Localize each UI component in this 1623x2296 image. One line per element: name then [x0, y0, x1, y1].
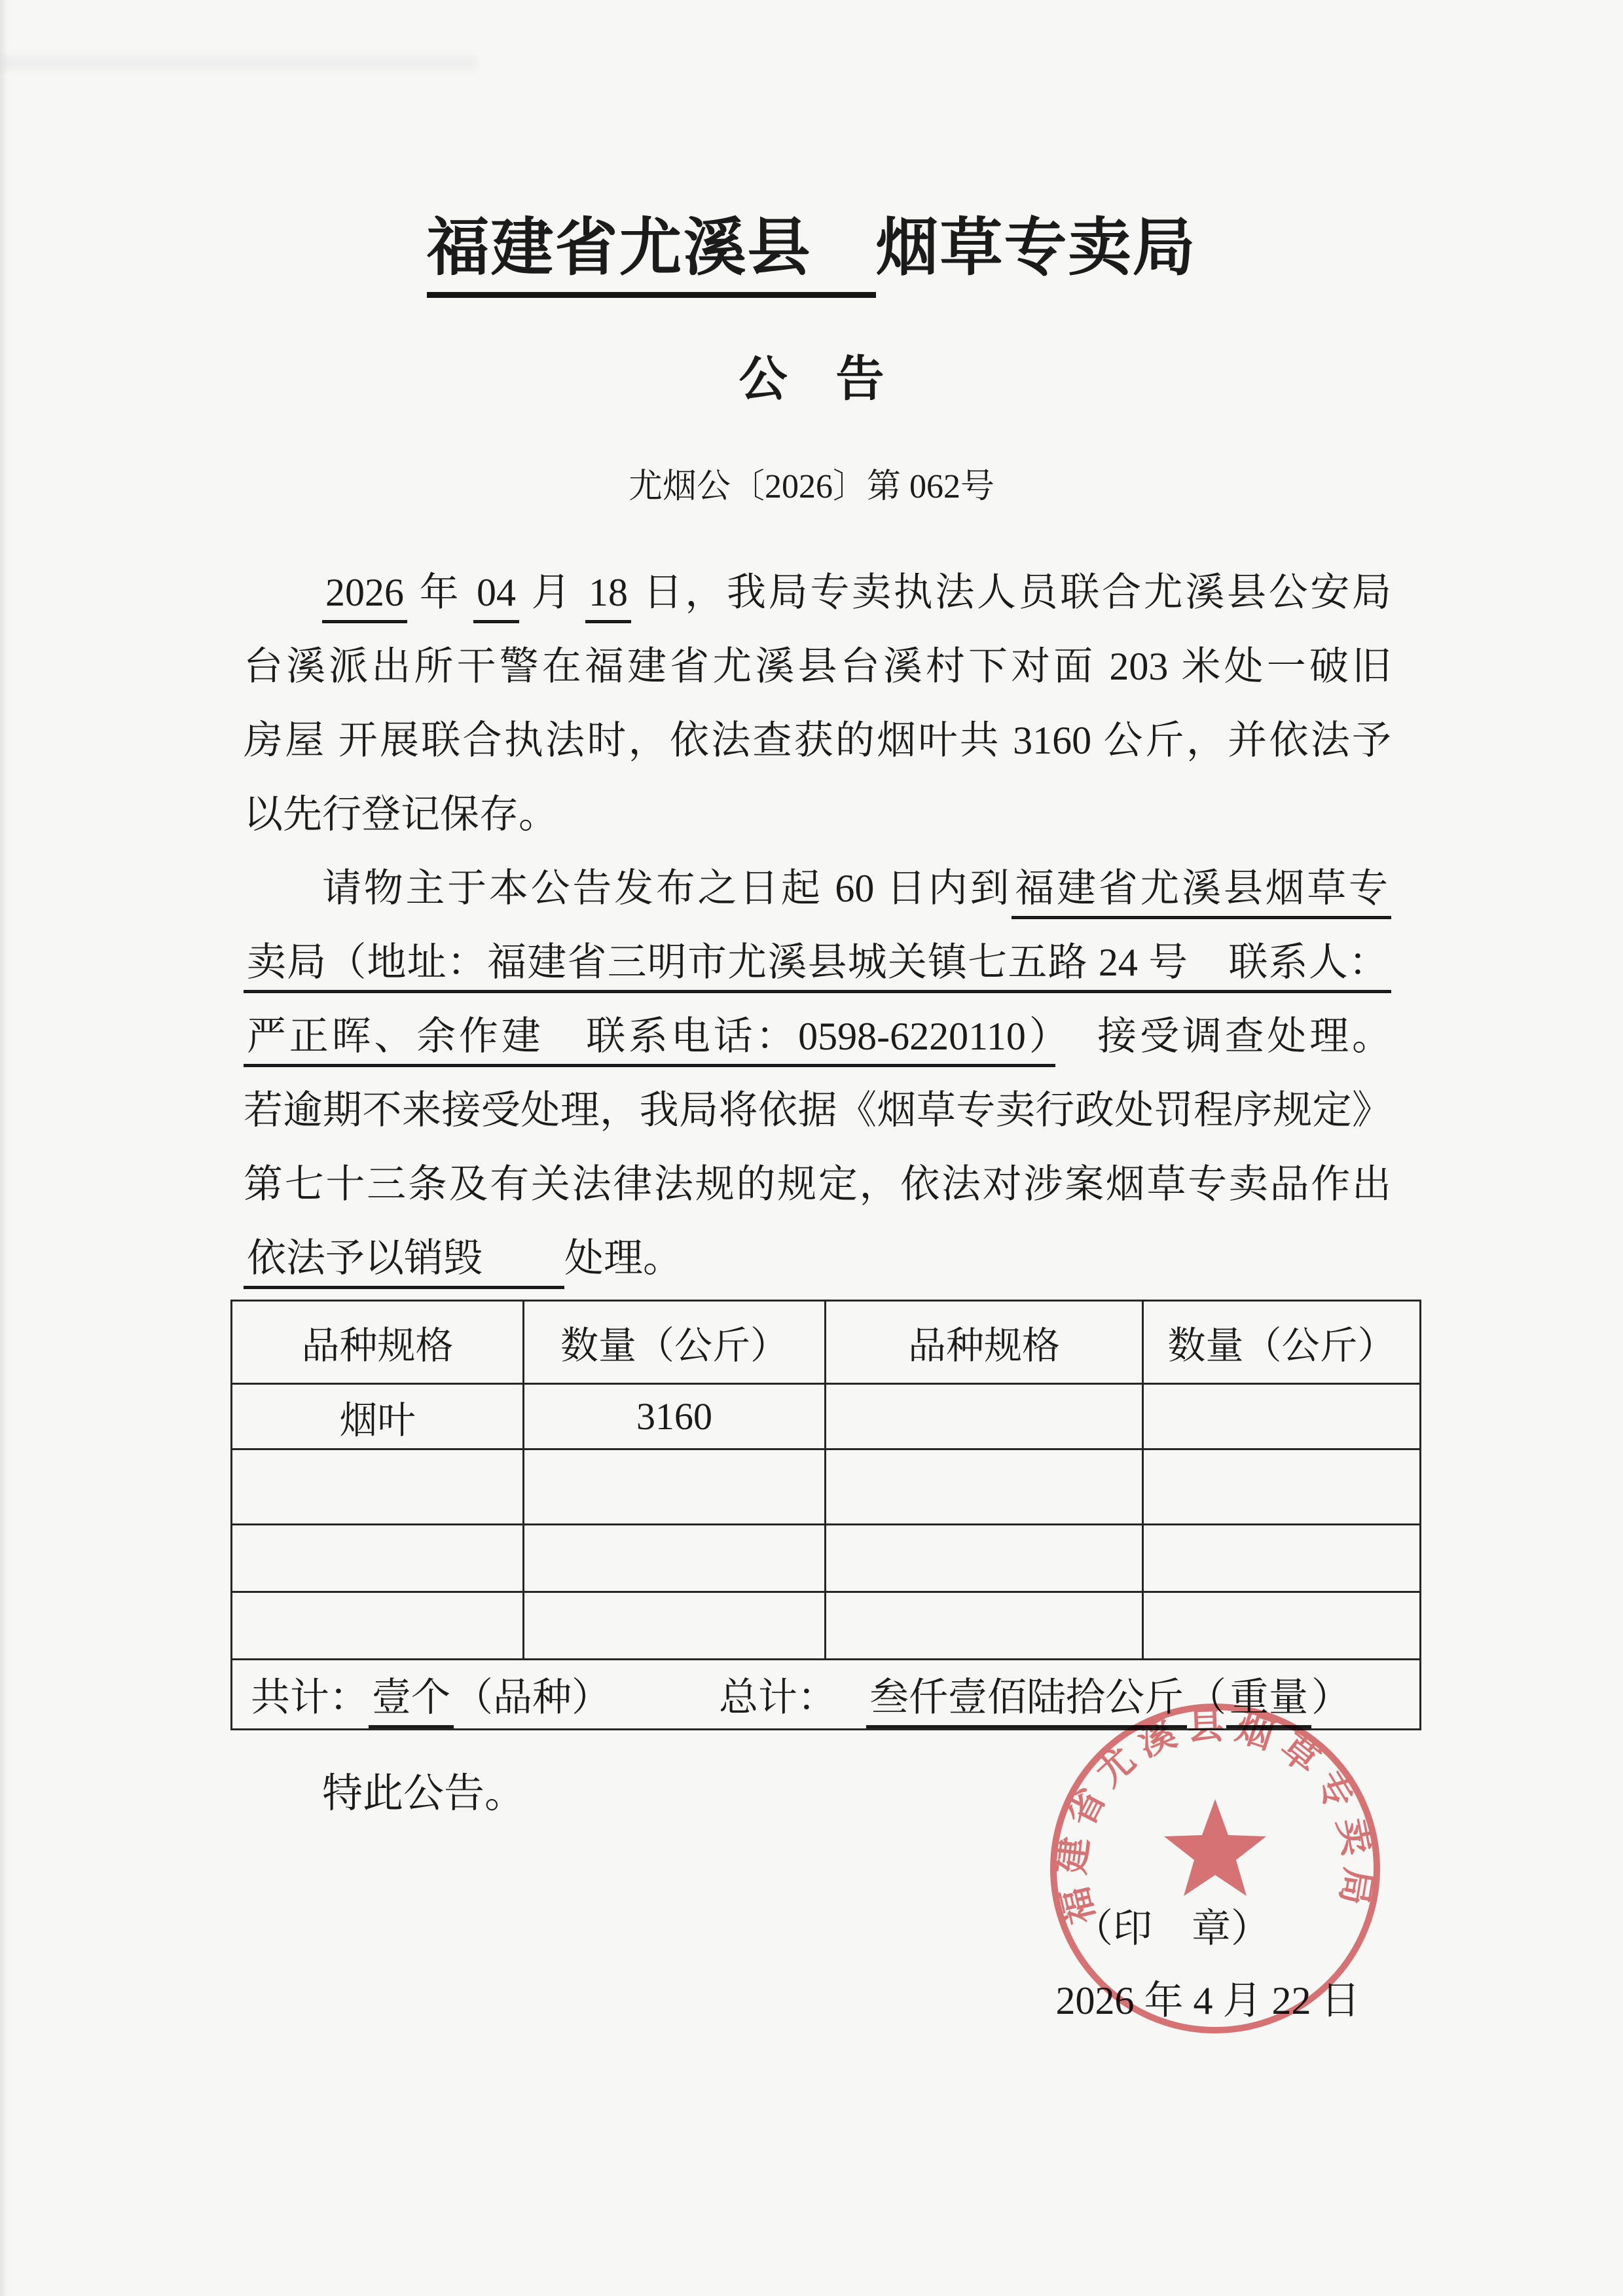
body-line: 若逾期不来接受处理，我局将依据《烟草专卖行政处罚程序规定》 — [244, 1074, 1391, 1148]
table-cell: 3160 — [524, 1384, 826, 1449]
table-cell — [524, 1449, 826, 1525]
official-red-seal: 福建省尤溪县烟草专卖局 — [1046, 1700, 1384, 2037]
table-header-cell: 品种规格 — [826, 1301, 1143, 1384]
seal-star-icon — [1164, 1799, 1266, 1896]
table-cell — [524, 1525, 826, 1592]
table-row — [232, 1449, 1421, 1525]
table-cell — [232, 1525, 524, 1592]
announcement-document: 福建省尤溪县 烟草专卖局 公 告 尤烟公〔2026〕第 062号 2026 年 … — [0, 0, 1623, 2296]
table-header-cell: 品种规格 — [232, 1301, 524, 1384]
table-cell — [826, 1449, 1143, 1525]
table-row — [232, 1525, 1421, 1592]
table-cell — [826, 1592, 1143, 1660]
title-underlined-part: 福建省尤溪县 — [427, 213, 876, 298]
body-line: 以先行登记保存。 — [244, 778, 1391, 852]
body-line: 请物主于本公告发布之日起 60 日内到福建省尤溪县烟草专 — [244, 852, 1391, 926]
body-line: 第七十三条及有关法律法规的规定，依法对涉案烟草专卖品作出 — [244, 1148, 1391, 1222]
table-header-row: 品种规格 数量（公斤） 品种规格 数量（公斤） — [232, 1301, 1421, 1384]
table-cell — [1143, 1592, 1421, 1660]
table-cell — [232, 1592, 524, 1660]
seized-goods-table: 品种规格 数量（公斤） 品种规格 数量（公斤） 烟叶 3160 — [230, 1300, 1421, 1730]
table-cell — [1143, 1525, 1421, 1592]
page-title: 福建省尤溪县 烟草专卖局 — [0, 198, 1623, 287]
table-cell — [1143, 1384, 1421, 1449]
body-line: 房屋 开展联合执法时，依法查获的烟叶共 3160 公斤，并依法予 — [244, 704, 1391, 778]
body-line: 2026 年 04 月 18 日，我局专卖执法人员联合尤溪县公安局 — [244, 556, 1391, 630]
body-line: 严正晖、余作建 联系电话：0598-6220110） 接受调查处理。 — [244, 1000, 1391, 1074]
title-rest-part: 烟草专卖局 — [876, 213, 1197, 283]
document-number: 尤烟公〔2026〕第 062号 — [0, 458, 1623, 507]
body-line: 依法予以销毁 处理。 — [244, 1222, 1391, 1296]
body-line: 卖局（地址：福建省三明市尤溪县城关镇七五路 24 号 联系人： — [244, 926, 1391, 1000]
table-cell: 烟叶 — [232, 1384, 524, 1449]
table-header-cell: 数量（公斤） — [1143, 1301, 1421, 1384]
table-cell — [1143, 1449, 1421, 1525]
notice-type-heading: 公 告 — [0, 340, 1623, 410]
table-header-cell: 数量（公斤） — [524, 1301, 826, 1384]
table-cell — [232, 1449, 524, 1525]
table-row — [232, 1592, 1421, 1660]
table-cell — [826, 1384, 1143, 1449]
table-cell — [826, 1525, 1143, 1592]
table-row: 烟叶 3160 — [232, 1384, 1421, 1449]
table-cell — [524, 1592, 826, 1660]
closing-statement: 特此公告。 — [322, 1768, 525, 1820]
scan-smudge-artifact — [0, 55, 478, 71]
body-text: 2026 年 04 月 18 日，我局专卖执法人员联合尤溪县公安局 台溪派出所干… — [244, 556, 1391, 1296]
body-line: 台溪派出所干警在福建省尤溪县台溪村下对面 203 米处一破旧 — [244, 630, 1391, 704]
